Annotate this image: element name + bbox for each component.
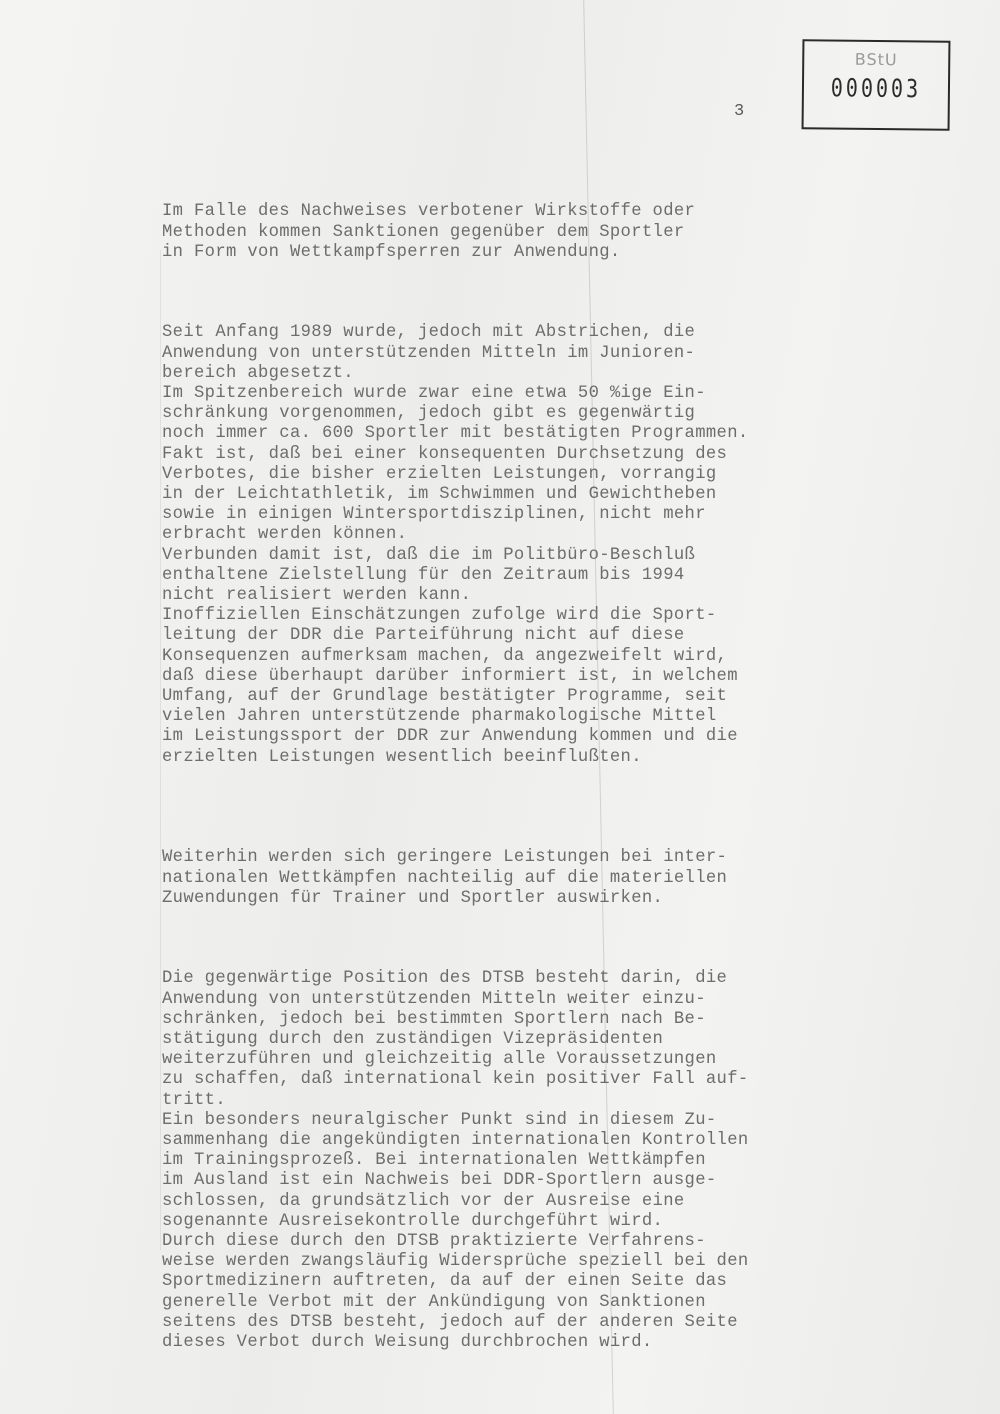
text-line: sowie in einigen Wintersportdisziplinen,… bbox=[162, 505, 862, 525]
paragraph: Seit Anfang 1989 wurde, jedoch mit Abstr… bbox=[162, 323, 862, 767]
text-line: weiterzuführen und gleichzeitig alle Vor… bbox=[162, 1050, 862, 1070]
text-line: vielen Jahren unterstützende pharmakolog… bbox=[162, 707, 862, 727]
paragraph: Die gegenwärtige Position des DTSB beste… bbox=[162, 969, 862, 1353]
text-line: stätigung durch den zuständigen Vizepräs… bbox=[162, 1030, 862, 1050]
text-line: erzielten Leistungen wesentlich beeinflu… bbox=[162, 748, 862, 768]
archive-stamp: BStU 000003 bbox=[802, 39, 951, 131]
text-line: Sportmedizinern auftreten, da auf der ei… bbox=[162, 1272, 862, 1292]
text-line: Methoden kommen Sanktionen gegenüber dem… bbox=[162, 223, 862, 243]
text-line: sammenhang die angekündigten internation… bbox=[162, 1131, 862, 1151]
text-line: Die gegenwärtige Position des DTSB beste… bbox=[162, 969, 862, 989]
text-line: Anwendung von unterstützenden Mitteln we… bbox=[162, 990, 862, 1010]
paper-crease bbox=[160, 250, 161, 1250]
text-line: noch immer ca. 600 Sportler mit bestätig… bbox=[162, 424, 862, 444]
text-line: erbracht werden können. bbox=[162, 525, 862, 545]
stamp-number: 000003 bbox=[804, 72, 948, 104]
text-line: Verbotes, die bisher erzielten Leistunge… bbox=[162, 465, 862, 485]
text-line: Zuwendungen für Trainer und Sportler aus… bbox=[162, 889, 862, 909]
text-line: zu schaffen, daß international kein posi… bbox=[162, 1070, 862, 1090]
text-line: weise werden zwangsläufig Widersprüche s… bbox=[162, 1252, 862, 1272]
text-line: daß diese überhaupt darüber informiert i… bbox=[162, 667, 862, 687]
text-line: Konsequenzen aufmerksam machen, da angez… bbox=[162, 647, 862, 667]
text-line: enthaltene Zielstellung für den Zeitraum… bbox=[162, 566, 862, 586]
text-line: Inoffiziellen Einschätzungen zufolge wir… bbox=[162, 606, 862, 626]
text-line: tritt. bbox=[162, 1091, 862, 1111]
text-line: im Trainingsprozeß. Bei internationalen … bbox=[162, 1151, 862, 1171]
text-line: Im Falle des Nachweises verbotener Wirks… bbox=[162, 202, 862, 222]
text-line: leitung der DDR die Parteiführung nicht … bbox=[162, 626, 862, 646]
text-line: in Form von Wettkampfsperren zur Anwendu… bbox=[162, 243, 862, 263]
text-line: schränken, jedoch bei bestimmten Sportle… bbox=[162, 1010, 862, 1030]
text-line: dieses Verbot durch Weisung durchbrochen… bbox=[162, 1333, 862, 1353]
text-line: schränkung vorgenommen, jedoch gibt es g… bbox=[162, 404, 862, 424]
text-line: Umfang, auf der Grundlage bestätigter Pr… bbox=[162, 687, 862, 707]
text-line: nicht realisiert werden kann. bbox=[162, 586, 862, 606]
text-line: Im Spitzenbereich wurde zwar eine etwa 5… bbox=[162, 384, 862, 404]
text-line: Weiterhin werden sich geringere Leistung… bbox=[162, 848, 862, 868]
text-line: Fakt ist, daß bei einer konsequenten Dur… bbox=[162, 445, 862, 465]
text-line: nationalen Wettkämpfen nachteilig auf di… bbox=[162, 869, 862, 889]
paragraph: Im Falle des Nachweises verbotener Wirks… bbox=[162, 202, 862, 263]
document-page: BStU 000003 3 Im Falle des Nachweises ve… bbox=[0, 0, 1000, 1414]
page-number: 3 bbox=[734, 102, 744, 121]
text-line: in der Leichtathletik, im Schwimmen und … bbox=[162, 485, 862, 505]
text-line: Durch diese durch den DTSB praktizierte … bbox=[162, 1232, 862, 1252]
text-line: sogenannte Ausreisekontrolle durchgeführ… bbox=[162, 1212, 862, 1232]
text-line: generelle Verbot mit der Ankündigung von… bbox=[162, 1293, 862, 1313]
text-line: Anwendung von unterstützenden Mitteln im… bbox=[162, 344, 862, 364]
text-line: bereich abgesetzt. bbox=[162, 364, 862, 384]
body-text: Im Falle des Nachweises verbotener Wirks… bbox=[162, 162, 862, 1394]
text-line: im Ausland ist ein Nachweis bei DDR-Spor… bbox=[162, 1171, 862, 1191]
text-line: Seit Anfang 1989 wurde, jedoch mit Abstr… bbox=[162, 323, 862, 343]
stamp-label: BStU bbox=[804, 49, 948, 70]
paragraph: Weiterhin werden sich geringere Leistung… bbox=[162, 848, 862, 909]
text-line: schlossen, da grundsätzlich vor der Ausr… bbox=[162, 1192, 862, 1212]
text-line: seitens des DTSB besteht, jedoch auf der… bbox=[162, 1313, 862, 1333]
text-line: im Leistungssport der DDR zur Anwendung … bbox=[162, 727, 862, 747]
text-line: Ein besonders neuralgischer Punkt sind i… bbox=[162, 1111, 862, 1131]
text-line: Verbunden damit ist, daß die im Politbür… bbox=[162, 546, 862, 566]
